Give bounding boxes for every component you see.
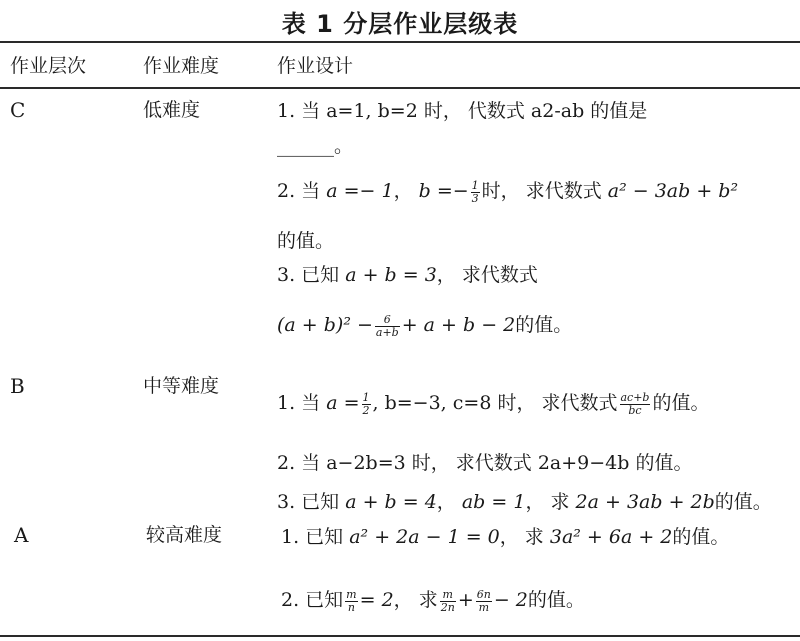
header-design: 作业设计 xyxy=(277,53,353,79)
header-rule xyxy=(0,87,800,89)
c-item-2: 2. 当 a =− 1， b =−13时， 求代数式 a² − 3ab + b² xyxy=(277,178,738,205)
c-item-1: 1. 当 a=1, b=2 时， 代数式 a2-ab 的值是 xyxy=(277,98,647,124)
a-item-2: 2. 已知mn= 2， 求m2n+6nm− 2的值。 xyxy=(281,587,585,614)
difficulty-high: 较高难度 xyxy=(146,522,222,548)
fraction: m2n xyxy=(440,589,456,614)
bottom-rule xyxy=(0,635,800,637)
level-b: B xyxy=(10,373,25,399)
difficulty-medium: 中等难度 xyxy=(143,373,219,399)
c-item-2-cont: 的值。 xyxy=(277,228,334,254)
a-item-1: 1. 已知 a² + 2a − 1 = 0， 求 3a² + 6a + 2的值。 xyxy=(281,524,729,550)
b-item-2: 2. 当 a−2b=3 时， 求代数式 2a+9−4b 的值。 xyxy=(277,450,692,476)
header-difficulty: 作业难度 xyxy=(143,53,219,79)
b-item-3: 3. 已知 a + b = 4， ab = 1， 求 2a + 3ab + 2b… xyxy=(277,489,772,515)
c-item-3: 3. 已知 a + b = 3， 求代数式 xyxy=(277,262,538,288)
fraction: 12 xyxy=(362,392,371,417)
header-level: 作业层次 xyxy=(10,53,86,79)
fraction: mn xyxy=(345,589,357,614)
c-item-1-blank: ______。 xyxy=(277,133,353,159)
table-title: 表 1 分层作业层级表 xyxy=(0,4,800,39)
level-c: C xyxy=(10,97,25,123)
level-a: A xyxy=(14,522,28,548)
top-rule xyxy=(0,41,800,43)
fraction: 6a+b xyxy=(375,314,400,339)
difficulty-low: 低难度 xyxy=(143,97,200,123)
c-item-3-expr: (a + b)² −6a+b+ a + b − 2的值。 xyxy=(277,312,572,339)
b-item-1: 1. 当 a =12, b=−3, c=8 时， 求代数式ac+bbc的值。 xyxy=(277,390,710,417)
fraction: ac+bbc xyxy=(620,392,651,417)
fraction: 6nm xyxy=(476,589,492,614)
fraction: 13 xyxy=(471,180,480,205)
